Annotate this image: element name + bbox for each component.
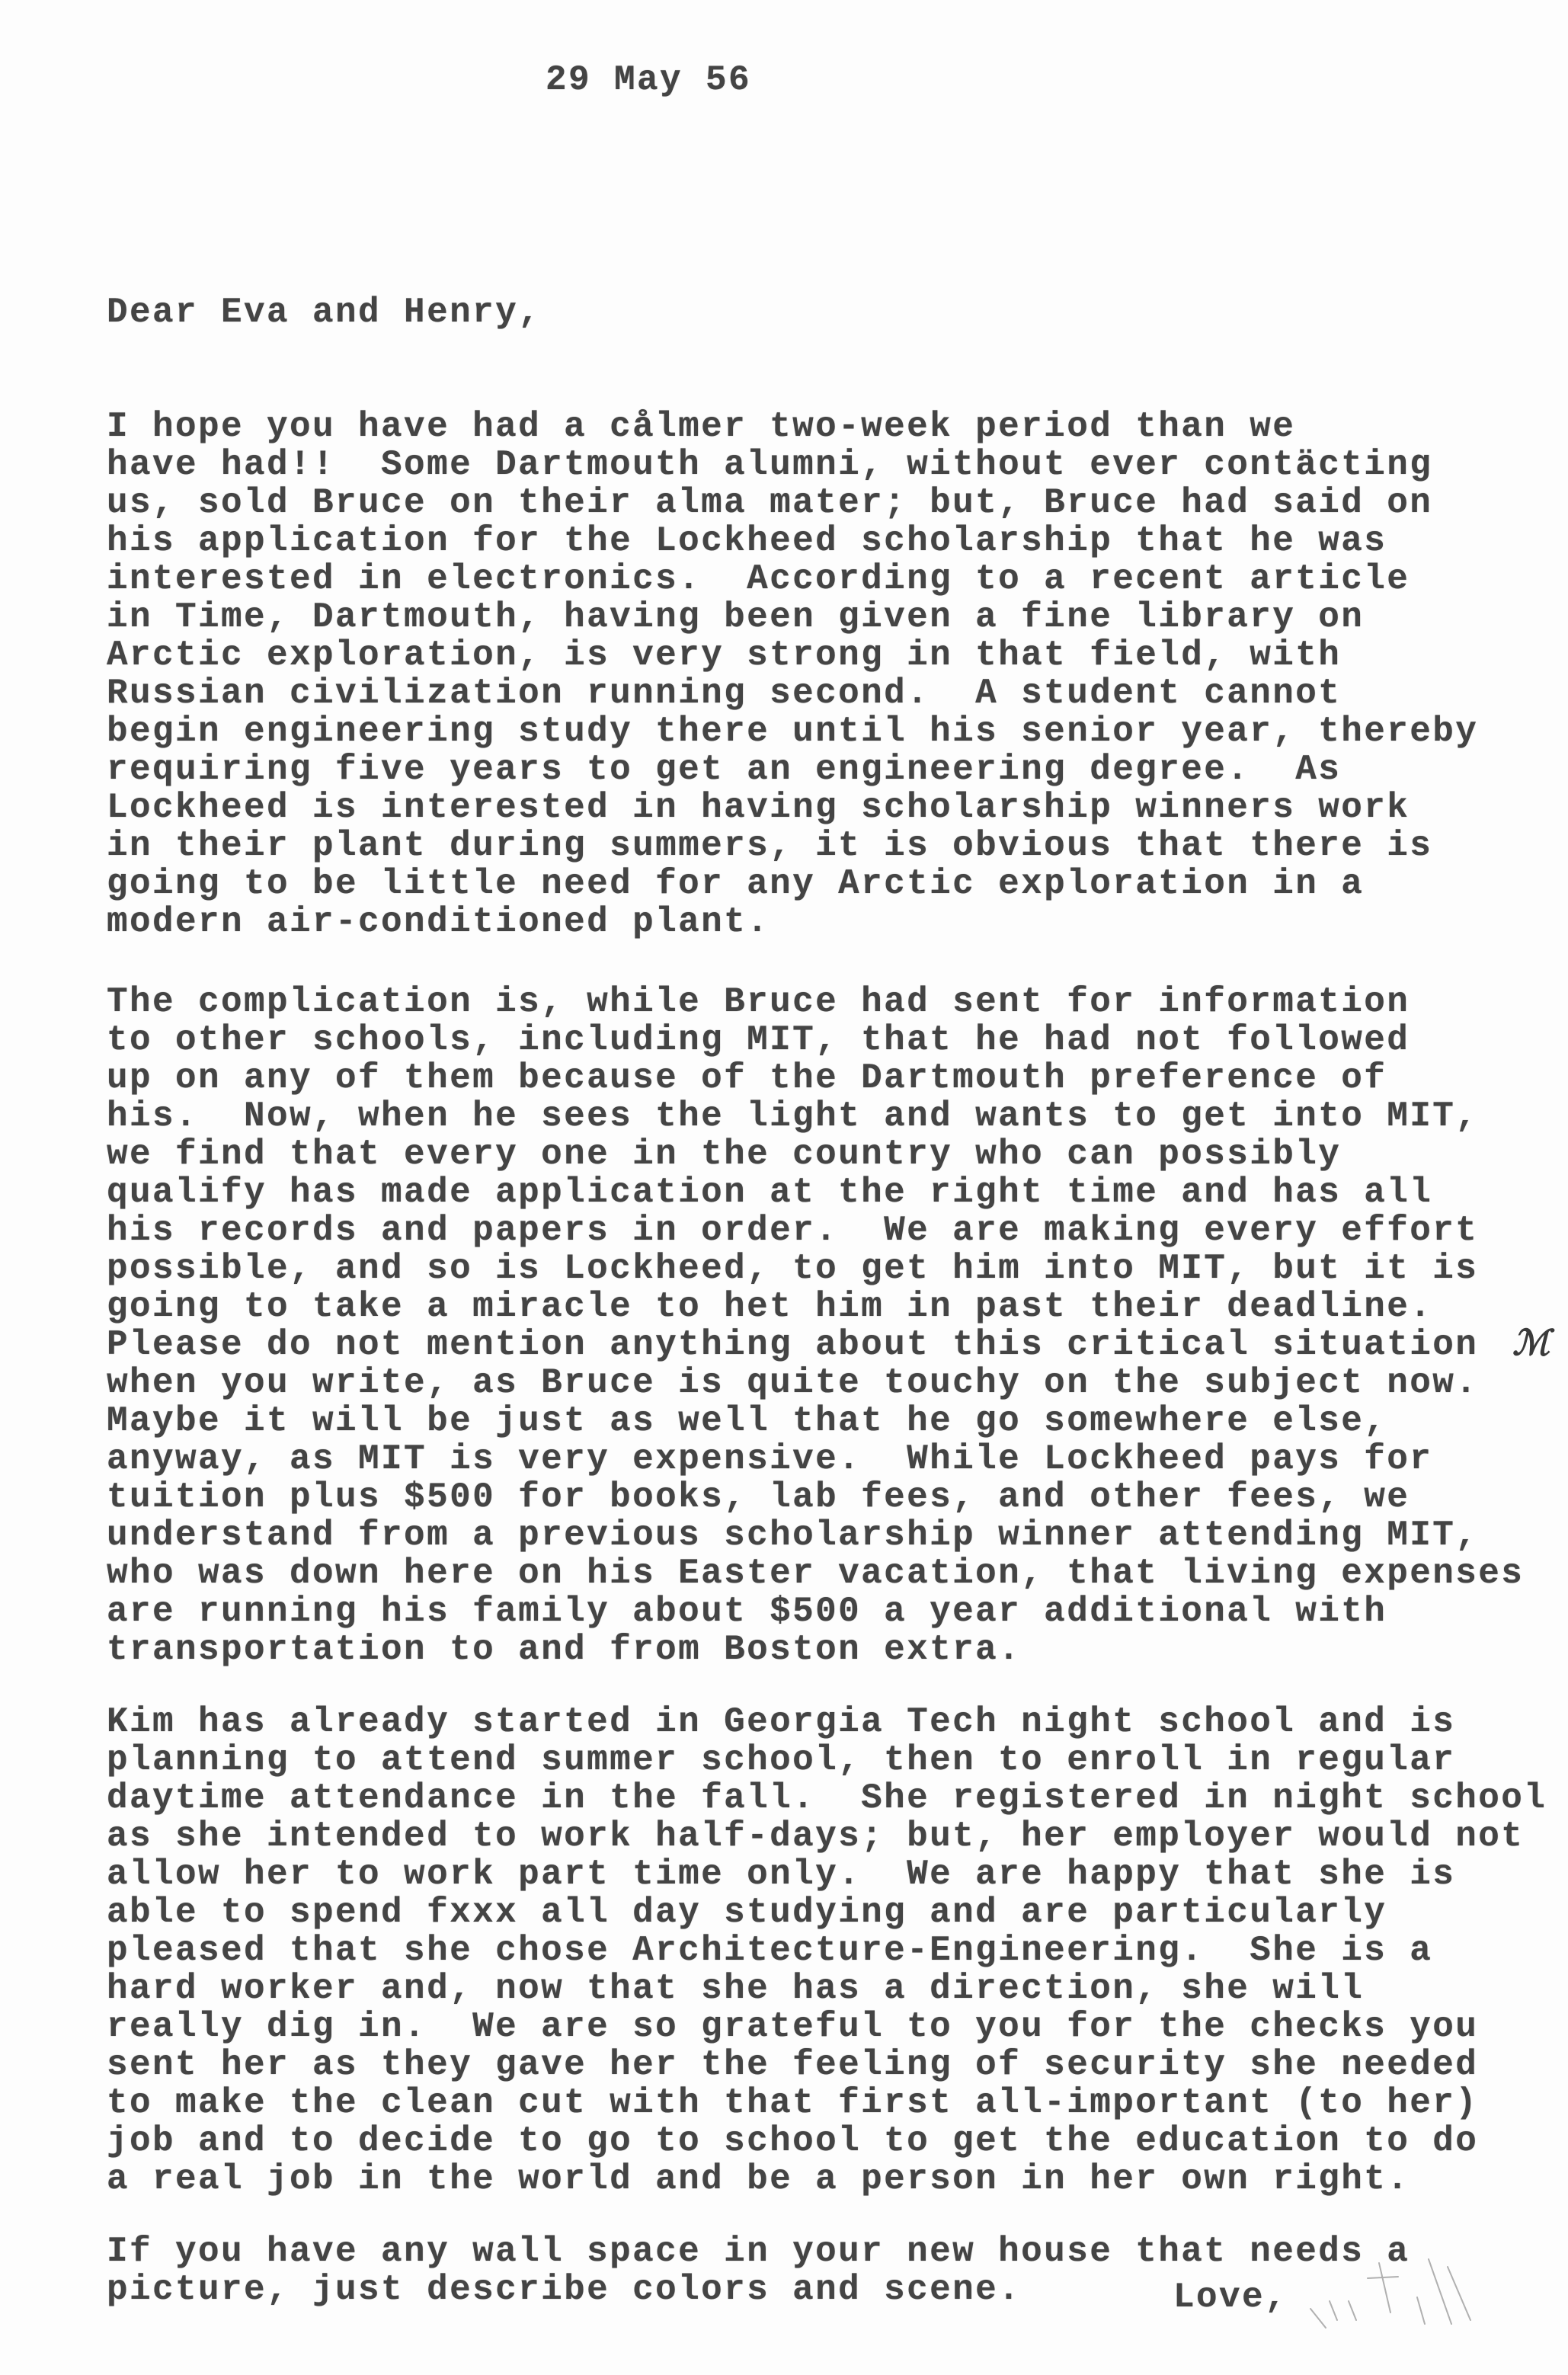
text-line: we find that every one in the country wh… — [107, 1135, 1524, 1173]
text-line: modern air-conditioned plant. — [107, 903, 1478, 941]
text-line: when you write, as Bruce is quite touchy… — [107, 1364, 1524, 1402]
text-line: who was down here on his Easter vacation… — [107, 1554, 1524, 1592]
text-line: pleased that she chose Architecture-Engi… — [107, 1932, 1547, 1970]
text-line: to make the clean cut with that first al… — [107, 2084, 1547, 2122]
text-line: Arctic exploration, is very strong in th… — [107, 636, 1478, 674]
text-line: in their plant during summers, it is obv… — [107, 827, 1478, 865]
text-line: going to be little need for any Arctic e… — [107, 865, 1478, 903]
text-line: are running his family about $500 a year… — [107, 1592, 1524, 1631]
text-line: requiring five years to get an engineeri… — [107, 751, 1478, 789]
text-line: I hope you have had a cålmer two-week pe… — [107, 408, 1478, 446]
text-line: as she intended to work half-days; but, … — [107, 1817, 1547, 1855]
margin-correction-mark: ℳ — [1512, 1322, 1550, 1365]
text-line: to other schools, including MIT, that he… — [107, 1021, 1524, 1059]
text-line: hard worker and, now that she has a dire… — [107, 1970, 1547, 2008]
text-line: The complication is, while Bruce had sen… — [107, 983, 1524, 1021]
text-line: his. Now, when he sees the light and wan… — [107, 1097, 1524, 1135]
text-line: begin engineering study there until his … — [107, 712, 1478, 751]
closing: Love, — [1173, 2278, 1288, 2316]
text-line: possible, and so is Lockheed, to get him… — [107, 1250, 1524, 1288]
text-line: understand from a previous scholarship w… — [107, 1516, 1524, 1554]
text-line: If you have any wall space in your new h… — [107, 2233, 1410, 2271]
paragraph-1: I hope you have had a cålmer two-week pe… — [107, 408, 1478, 941]
text-line: sent her as they gave her the feeling of… — [107, 2046, 1547, 2084]
text-line: planning to attend summer school, then t… — [107, 1741, 1547, 1779]
text-line: Lockheed is interested in having scholar… — [107, 789, 1478, 827]
text-line: Please do not mention anything about thi… — [107, 1326, 1524, 1364]
text-line: going to take a miracle to het him in pa… — [107, 1288, 1524, 1326]
text-line: qualify has made application at the righ… — [107, 1173, 1524, 1212]
text-line: up on any of them because of the Dartmou… — [107, 1059, 1524, 1097]
text-line: us, sold Bruce on their alma mater; but,… — [107, 484, 1478, 522]
text-line: have had!! Some Dartmouth alumni, withou… — [107, 446, 1478, 484]
text-line: a real job in the world and be a person … — [107, 2160, 1547, 2198]
text-line: daytime attendance in the fall. She regi… — [107, 1779, 1547, 1817]
text-line: Maybe it will be just as well that he go… — [107, 1402, 1524, 1440]
signature-scribble-icon — [1295, 2255, 1539, 2339]
text-line: in Time, Dartmouth, having been given a … — [107, 598, 1478, 636]
text-line: able to spend fxxx all day studying and … — [107, 1893, 1547, 1932]
text-line: Russian civilization running second. A s… — [107, 674, 1478, 712]
text-line: interested in electronics. According to … — [107, 560, 1478, 598]
paragraph-3: Kim has already started in Georgia Tech … — [107, 1703, 1547, 2198]
signature — [1295, 2255, 1539, 2339]
letter-date: 29 May 56 — [546, 61, 751, 99]
text-line: tuition plus $500 for books, lab fees, a… — [107, 1478, 1524, 1516]
paragraph-2: The complication is, while Bruce had sen… — [107, 983, 1524, 1669]
text-line: allow her to work part time only. We are… — [107, 1855, 1547, 1893]
text-line: transportation to and from Boston extra. — [107, 1631, 1524, 1669]
text-line: job and to decide to go to school to get… — [107, 2122, 1547, 2160]
text-line: Kim has already started in Georgia Tech … — [107, 1703, 1547, 1741]
letter-page: 29 May 56 Dear Eva and Henry, I hope you… — [0, 0, 1568, 2375]
text-line: anyway, as MIT is very expensive. While … — [107, 1440, 1524, 1478]
text-line: his application for the Lockheed scholar… — [107, 522, 1478, 560]
salutation: Dear Eva and Henry, — [107, 293, 541, 331]
text-line: really dig in. We are so grateful to you… — [107, 2008, 1547, 2046]
text-line: his records and papers in order. We are … — [107, 1212, 1524, 1250]
